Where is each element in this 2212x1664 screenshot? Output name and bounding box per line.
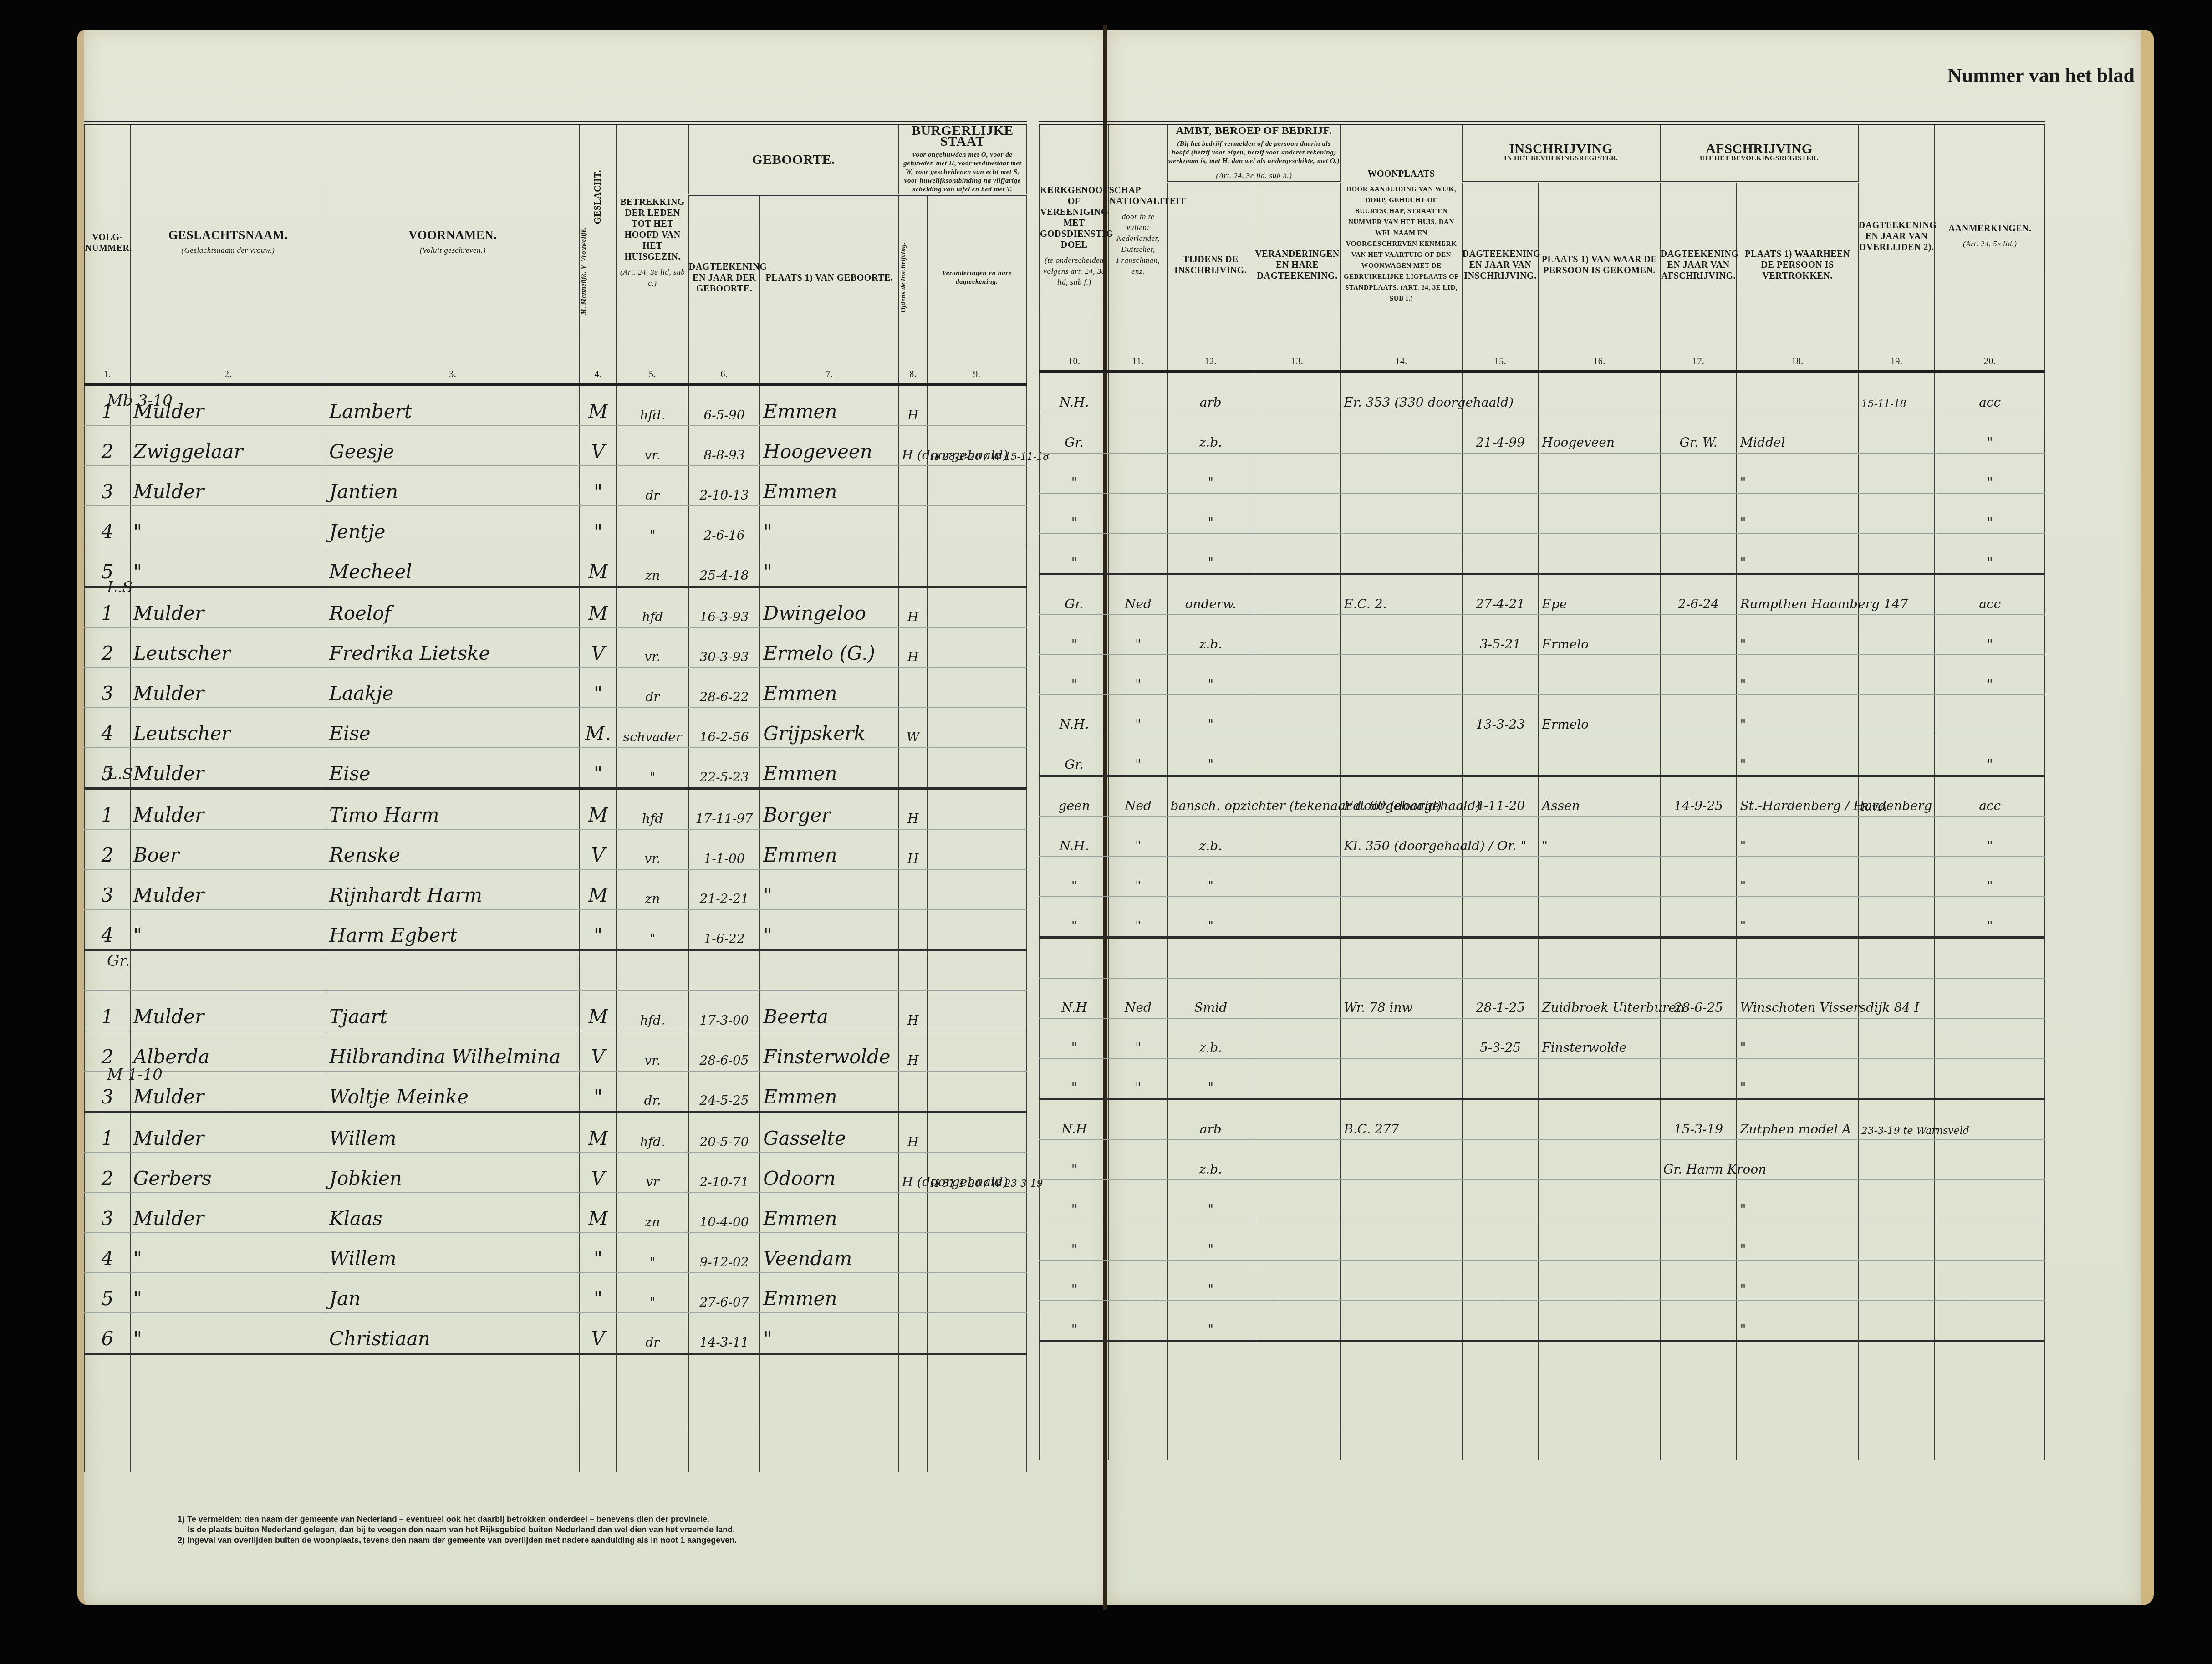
cell-surname: Mulder: [130, 1193, 326, 1233]
cell-surname: Gerbers: [130, 1153, 326, 1193]
cell-sex: V: [579, 1313, 617, 1354]
cell-job-change: [1254, 1058, 1340, 1099]
cell-in-date: [1462, 897, 1539, 938]
cell-death: [1858, 533, 1935, 574]
cell-out-date: [1660, 1058, 1737, 1099]
cell-civ-change: [928, 466, 1026, 506]
cell-empty: [1660, 1341, 1737, 1382]
col-number: 14.: [1340, 347, 1462, 372]
cell-place: Emmen: [760, 1273, 898, 1313]
cell-empty: [1109, 1420, 1167, 1460]
cell-in-from: [1539, 897, 1660, 938]
cell-in-date: 13-3-23: [1462, 695, 1539, 735]
footnote-1: 1) Te vermelden: den naam der gemeente v…: [178, 1514, 737, 1525]
cell-empty: [760, 950, 898, 991]
cell-nat: [1109, 1140, 1167, 1180]
register-row: """": [1040, 453, 2045, 493]
cell-address: [1340, 453, 1462, 493]
register-row: """": [1040, 1058, 2045, 1099]
cell-surname: Boer: [130, 829, 326, 869]
cell-job: z.b.: [1167, 1018, 1254, 1058]
cell-nat: [1109, 1260, 1167, 1300]
col-afschrijving-plaats-header: Plaats 1) waarheen de persoon is vertrok…: [1737, 182, 1858, 347]
cell-empty: [760, 1394, 898, 1433]
cell-civ-change: H 31-1-20 / W 23-3-19: [928, 1153, 1026, 1193]
cell-surname: Mulder: [130, 991, 326, 1031]
cell-job-change: [1254, 735, 1340, 776]
cell-out-date: [1660, 1300, 1737, 1341]
col-betrekking-header: Betrekking der leden tot het hoofd van h…: [617, 123, 688, 360]
cell-born: 1-6-22: [688, 909, 760, 950]
cell-nr: 6: [85, 1313, 130, 1354]
cell-out-to: ": [1737, 1260, 1858, 1300]
cell-out-to: ": [1737, 615, 1858, 655]
cell-remarks: acc: [1935, 776, 2045, 817]
cell-remarks: ": [1935, 735, 2045, 776]
cell-in-from: Ermelo: [1539, 695, 1660, 735]
cell-out-date: [1660, 897, 1737, 938]
cell-empty: [1858, 938, 1935, 979]
cell-out-to: ": [1737, 897, 1858, 938]
cell-rel: ": [617, 909, 688, 950]
cell-church: N.H.: [1040, 695, 1109, 735]
cell-born: 2-10-13: [688, 466, 760, 506]
cell-empty: [579, 1354, 617, 1394]
cell-empty: [130, 1433, 326, 1472]
cell-place: ": [760, 909, 898, 950]
cell-born: 27-6-07: [688, 1273, 760, 1313]
cell-civ: [899, 909, 928, 950]
cell-empty: [899, 1354, 928, 1394]
cell-empty: [130, 1354, 326, 1394]
cell-church: ": [1040, 1058, 1109, 1099]
cell-job: z.b.: [1167, 1140, 1254, 1180]
cell-empty: [1340, 938, 1462, 979]
cell-place: ": [760, 869, 898, 909]
cell-in-from: [1539, 1300, 1660, 1341]
register-row: N.HNedSmidWr. 78 inw28-1-25Zuidbroek Uit…: [1040, 978, 2045, 1018]
cell-empty: [1660, 938, 1737, 979]
cell-death: 23-3-19 te Warnsveld: [1858, 1099, 1935, 1140]
cell-in-date: [1462, 533, 1539, 574]
cell-death: [1858, 453, 1935, 493]
cell-empty: [1462, 1381, 1539, 1420]
cell-civ-change: [928, 628, 1026, 668]
register-row: 2GerbersJobkienVvr2-10-71OdoornH (doorge…: [85, 1153, 1026, 1193]
col-number: 16.: [1539, 347, 1660, 372]
cell-remarks: ": [1935, 413, 2045, 453]
cell-born: 30-3-93: [688, 628, 760, 668]
register-row-empty: [85, 1433, 1026, 1472]
cell-civ: H: [899, 1031, 928, 1071]
cell-civ: [899, 1313, 928, 1354]
cell-born: 24-5-25: [688, 1071, 760, 1112]
cell-out-to: Rumpthen Haamberg 147: [1737, 574, 1858, 615]
cell-surname: ": [130, 909, 326, 950]
cell-job-change: [1254, 413, 1340, 453]
cell-out-to: ": [1737, 1220, 1858, 1260]
cell-nat: [1109, 493, 1167, 533]
cell-church: ": [1040, 493, 1109, 533]
cell-surname: ": [130, 1233, 326, 1273]
cell-rel: dr.: [617, 1071, 688, 1112]
cell-job: ": [1167, 695, 1254, 735]
cell-job: arb: [1167, 372, 1254, 413]
cell-rel: dr: [617, 668, 688, 708]
cell-civ: H (doorgehaald): [899, 1153, 928, 1193]
cell-in-date: [1462, 1220, 1539, 1260]
cell-sex: ": [579, 466, 617, 506]
cell-out-date: [1660, 493, 1737, 533]
cell-civ: [899, 1273, 928, 1313]
cell-born: 1-1-00: [688, 829, 760, 869]
cell-rel: dr: [617, 466, 688, 506]
cell-civ: H: [899, 628, 928, 668]
cell-death: [1858, 655, 1935, 695]
left-register-table: Volg-nummer. Geslachtsnaam.(Geslachtsnaa…: [84, 121, 1027, 1472]
cell-civ-change: [928, 1112, 1026, 1153]
cell-sex: ": [579, 909, 617, 950]
cell-empty: [1040, 938, 1109, 979]
cell-place: Emmen: [760, 466, 898, 506]
cell-empty: [85, 1433, 130, 1472]
cell-death: [1858, 857, 1935, 897]
cell-death: [1858, 897, 1935, 938]
cell-out-to: St.-Hardenberg / Hardenberg: [1737, 776, 1858, 817]
cell-sex: V: [579, 1153, 617, 1193]
cell-remarks: [1935, 1018, 2045, 1058]
cell-sex: V: [579, 1031, 617, 1071]
cell-in-date: [1462, 493, 1539, 533]
cell-address: Kl. 350 (doorgehaald) / Or. ": [1340, 817, 1462, 857]
cell-out-to: ": [1737, 857, 1858, 897]
cell-empty: [1167, 1381, 1254, 1420]
cell-nr: 4: [85, 506, 130, 546]
cell-civ-change: [928, 789, 1026, 830]
cell-address: [1340, 897, 1462, 938]
col-number: 9.: [928, 360, 1026, 384]
cell-out-to: [1737, 372, 1858, 413]
col-number: 10.: [1040, 347, 1109, 372]
register-row: """": [1040, 493, 2045, 533]
cell-empty: [617, 1394, 688, 1433]
register-row: 3MulderKlaasMzn10-4-00Emmen: [85, 1193, 1026, 1233]
cell-sex: M: [579, 991, 617, 1031]
cell-empty: [1935, 1420, 2045, 1460]
cell-given: Laakje: [326, 668, 579, 708]
cell-empty: [1109, 1341, 1167, 1382]
cell-out-date: [1660, 1260, 1737, 1300]
register-row: """": [1040, 533, 2045, 574]
cell-job-change: [1254, 493, 1340, 533]
cell-civ-change: [928, 587, 1026, 628]
col-geboortedatum-header: Dagteekening en jaar der geboorte.: [688, 195, 760, 360]
cell-given: Mecheel: [326, 546, 579, 587]
cell-in-from: [1539, 1140, 1660, 1180]
cell-job-change: [1254, 1220, 1340, 1260]
cell-place: ": [760, 506, 898, 546]
cell-out-to: ": [1737, 1018, 1858, 1058]
cell-born: 9-12-02: [688, 1233, 760, 1273]
register-row: ""z.b.5-3-25Finsterwolde": [1040, 1018, 2045, 1058]
cell-remarks: acc: [1935, 372, 2045, 413]
cell-job-change: [1254, 453, 1340, 493]
cell-in-date: [1462, 857, 1539, 897]
register-row: """: [1040, 1260, 2045, 1300]
cell-out-to: Winschoten Vissersdijk 84 I: [1737, 978, 1858, 1018]
cell-remarks: ": [1935, 655, 2045, 695]
col-number: 12.: [1167, 347, 1254, 372]
cell-nat: ": [1109, 615, 1167, 655]
cell-sex: M: [579, 789, 617, 830]
col-number: 11.: [1109, 347, 1167, 372]
group-afschrijving-header: Afschrijvinguit het bevolkingsregister.: [1660, 123, 1858, 182]
cell-nr: 2: [85, 426, 130, 466]
cell-place: Emmen: [760, 1071, 898, 1112]
register-row-empty: [85, 1394, 1026, 1433]
col-number: 20.: [1935, 347, 2045, 372]
cell-in-from: [1539, 453, 1660, 493]
cell-church: N.H.: [1040, 372, 1109, 413]
cell-job: ": [1167, 1220, 1254, 1260]
cell-sex: ": [579, 506, 617, 546]
cell-sex: ": [579, 1071, 617, 1112]
cell-job: ": [1167, 735, 1254, 776]
cell-nat: [1109, 1220, 1167, 1260]
cell-surname: Mulder: [130, 466, 326, 506]
register-row: """: [1040, 1180, 2045, 1220]
col-number: 5.: [617, 360, 688, 384]
cell-out-date: Gr. Harm Kroon: [1660, 1140, 1737, 1180]
cell-empty: [1737, 1420, 1858, 1460]
cell-out-date: 14-9-25: [1660, 776, 1737, 817]
cell-sex: M.: [579, 708, 617, 748]
col-number: 2.: [130, 360, 326, 384]
cell-empty: [326, 1433, 579, 1472]
cell-surname: Alberda: [130, 1031, 326, 1071]
cell-job: arb: [1167, 1099, 1254, 1140]
col-woonplaats-header: Woonplaatsdoor aanduiding van wijk, dorp…: [1340, 123, 1462, 347]
register-row: 1MulderRoelofMhfd16-3-93DwingelooH: [85, 587, 1026, 628]
cell-job: z.b.: [1167, 615, 1254, 655]
cell-in-date: 3-5-21: [1462, 615, 1539, 655]
cell-out-to: ": [1737, 1058, 1858, 1099]
cell-in-date: [1462, 1099, 1539, 1140]
cell-empty: [688, 1354, 760, 1394]
cell-surname: Mulder: [130, 869, 326, 909]
cell-surname: Leutscher: [130, 628, 326, 668]
cell-born: 2-6-16: [688, 506, 760, 546]
margin-note: L.S: [107, 578, 133, 597]
cell-empty: [1539, 1381, 1660, 1420]
cell-address: [1340, 533, 1462, 574]
cell-church: ": [1040, 453, 1109, 493]
cell-in-from: Hoogeveen: [1539, 413, 1660, 453]
cell-surname: Mulder: [130, 587, 326, 628]
cell-given: Eise: [326, 748, 579, 789]
cell-nr: 1: [85, 789, 130, 830]
cell-surname: Mulder: [130, 748, 326, 789]
cell-out-to: ": [1737, 1300, 1858, 1341]
col-number: 19.: [1858, 347, 1935, 372]
cell-rel: zn: [617, 546, 688, 587]
cell-civ: [899, 506, 928, 546]
cell-church: geen: [1040, 776, 1109, 817]
cell-place: Emmen: [760, 829, 898, 869]
group-ambt-header: Ambt, beroep of bedrijf.(Bij het bedrijf…: [1167, 123, 1341, 182]
register-row: 5MulderEise""22-5-23Emmen: [85, 748, 1026, 789]
cell-empty: [1737, 938, 1858, 979]
cell-remarks: ": [1935, 857, 2045, 897]
register-row: """"": [1040, 897, 2045, 938]
cell-empty: [130, 950, 326, 991]
cell-empty: [688, 1394, 760, 1433]
cell-address: [1340, 413, 1462, 453]
cell-sex: V: [579, 628, 617, 668]
cell-address: [1340, 1180, 1462, 1220]
cell-civ: [899, 1233, 928, 1273]
cell-in-from: [1539, 1180, 1660, 1220]
cell-out-date: [1660, 453, 1737, 493]
cell-civ-change: [928, 1071, 1026, 1112]
cell-job-change: [1254, 857, 1340, 897]
col-number: 4.: [579, 360, 617, 384]
cell-nat: ": [1109, 655, 1167, 695]
cell-nat: [1109, 1099, 1167, 1140]
cell-civ: H: [899, 829, 928, 869]
cell-civ: H (doorgehaald): [899, 426, 928, 466]
cell-empty: [617, 1433, 688, 1472]
footnotes: 1) Te vermelden: den naam der gemeente v…: [178, 1514, 737, 1546]
cell-nr: 4: [85, 708, 130, 748]
cell-nat: [1109, 533, 1167, 574]
cell-job: ": [1167, 897, 1254, 938]
cell-place: Beerta: [760, 991, 898, 1031]
cell-place: Veendam: [760, 1233, 898, 1273]
cell-sex: ": [579, 1273, 617, 1313]
register-row: geenNedbansch. opzichter (tekenaar doorg…: [1040, 776, 2045, 817]
cell-civ: [899, 748, 928, 789]
cell-nat: ": [1109, 735, 1167, 776]
cell-civ: H: [899, 789, 928, 830]
cell-in-date: [1462, 453, 1539, 493]
cell-address: [1340, 1260, 1462, 1300]
cell-civ: [899, 1193, 928, 1233]
cell-job: ": [1167, 1058, 1254, 1099]
cell-in-date: 21-4-99: [1462, 413, 1539, 453]
cell-civ-change: [928, 1313, 1026, 1354]
cell-in-date: [1462, 1300, 1539, 1341]
register-row: Gr."""": [1040, 735, 2045, 776]
cell-address: Er. 353 (330 doorgehaald): [1340, 372, 1462, 413]
register-row: N.H."z.b.Kl. 350 (doorgehaald) / Or. """…: [1040, 817, 2045, 857]
cell-job: ": [1167, 857, 1254, 897]
cell-job: bansch. opzichter (tekenaar doorgehaald): [1167, 776, 1254, 817]
cell-surname: ": [130, 1273, 326, 1313]
cell-empty: [1340, 1420, 1462, 1460]
cell-empty: [1254, 1341, 1340, 1382]
cell-civ: [899, 466, 928, 506]
cell-rel: schvader: [617, 708, 688, 748]
col-number: 3.: [326, 360, 579, 384]
cell-civ-change: [928, 708, 1026, 748]
cell-church: ": [1040, 1220, 1109, 1260]
cell-out-to: ": [1737, 695, 1858, 735]
register-row: 1MulderTjaartMhfd.17-3-00BeertaH: [85, 991, 1026, 1031]
cell-empty: [1858, 1381, 1935, 1420]
col-overlijden-header: Dagteekening en jaar van overlijden 2).: [1858, 123, 1935, 347]
cell-born: 28-6-05: [688, 1031, 760, 1071]
cell-nat: ": [1109, 857, 1167, 897]
cell-remarks: ": [1935, 897, 2045, 938]
cell-place: Emmen: [760, 668, 898, 708]
cell-empty: [1340, 1381, 1462, 1420]
cell-civ: [899, 1071, 928, 1112]
cell-empty: [326, 1354, 579, 1394]
cell-address: [1340, 615, 1462, 655]
cell-given: Hilbrandina Wilhelmina: [326, 1031, 579, 1071]
cell-empty: [1340, 1341, 1462, 1382]
cell-job: ": [1167, 493, 1254, 533]
register-row: Gr.Nedonderw.E.C. 2.27-4-21Epe2-6-24Rump…: [1040, 574, 2045, 615]
cell-job: ": [1167, 1180, 1254, 1220]
cell-nat: ": [1109, 695, 1167, 735]
right-register-body: N.H.arbEr. 353 (330 doorgehaald)15-11-18…: [1040, 372, 2045, 1460]
cell-empty: [1539, 938, 1660, 979]
register-row-empty: [1040, 938, 2045, 979]
register-row: 4LeutscherEiseM.schvader16-2-56Grijpsker…: [85, 708, 1026, 748]
cell-out-date: [1660, 1220, 1737, 1260]
cell-in-from: Ermelo: [1539, 615, 1660, 655]
group-burgerlijke-staat-header: Burgerlijke staatvoor ongehuwden met O, …: [899, 123, 1026, 195]
cell-empty: [1539, 1341, 1660, 1382]
cell-nat: ": [1109, 817, 1167, 857]
cell-given: Harm Egbert: [326, 909, 579, 950]
cell-sex: M: [579, 1112, 617, 1153]
cell-civ-change: [928, 748, 1026, 789]
cell-nat: Ned: [1109, 776, 1167, 817]
cell-death: [1858, 1260, 1935, 1300]
cell-address: [1340, 1058, 1462, 1099]
cell-out-date: [1660, 655, 1737, 695]
margin-note: L.S: [107, 765, 133, 783]
footnote-1-cont: Is de plaats buiten Nederland gelegen, d…: [178, 1525, 737, 1535]
cell-empty: [1040, 1381, 1109, 1420]
cell-civ-change: [928, 909, 1026, 950]
cell-civ-change: [928, 1273, 1026, 1313]
cell-nr: 1: [85, 991, 130, 1031]
cell-nat: ": [1109, 1058, 1167, 1099]
cell-rel: zn: [617, 1193, 688, 1233]
margin-note: M 1-10: [107, 1066, 163, 1084]
cell-rel: hfd.: [617, 991, 688, 1031]
cell-empty: [1660, 1381, 1737, 1420]
cell-empty: [688, 950, 760, 991]
cell-civ-change: H 28-2-20 / W 15-11-18: [928, 426, 1026, 466]
col-inschrijving-plaats-header: Plaats 1) van waar de persoon is gekomen…: [1539, 182, 1660, 347]
cell-civ-change: [928, 384, 1026, 426]
cell-job: z.b.: [1167, 413, 1254, 453]
col-volgnummer-header: Volg-nummer.: [85, 123, 130, 360]
cell-empty: [1858, 1341, 1935, 1382]
cell-empty: [1040, 1420, 1109, 1460]
cell-empty: [760, 1433, 898, 1472]
cell-out-date: 15-3-19: [1660, 1099, 1737, 1140]
cell-empty: [1167, 1341, 1254, 1382]
cell-given: Woltje Meinke: [326, 1071, 579, 1112]
col-geslacht-header: Geslacht.M. Mannelijk. V. Vrouwelijk.: [579, 123, 617, 360]
col-number: 7.: [760, 360, 898, 384]
